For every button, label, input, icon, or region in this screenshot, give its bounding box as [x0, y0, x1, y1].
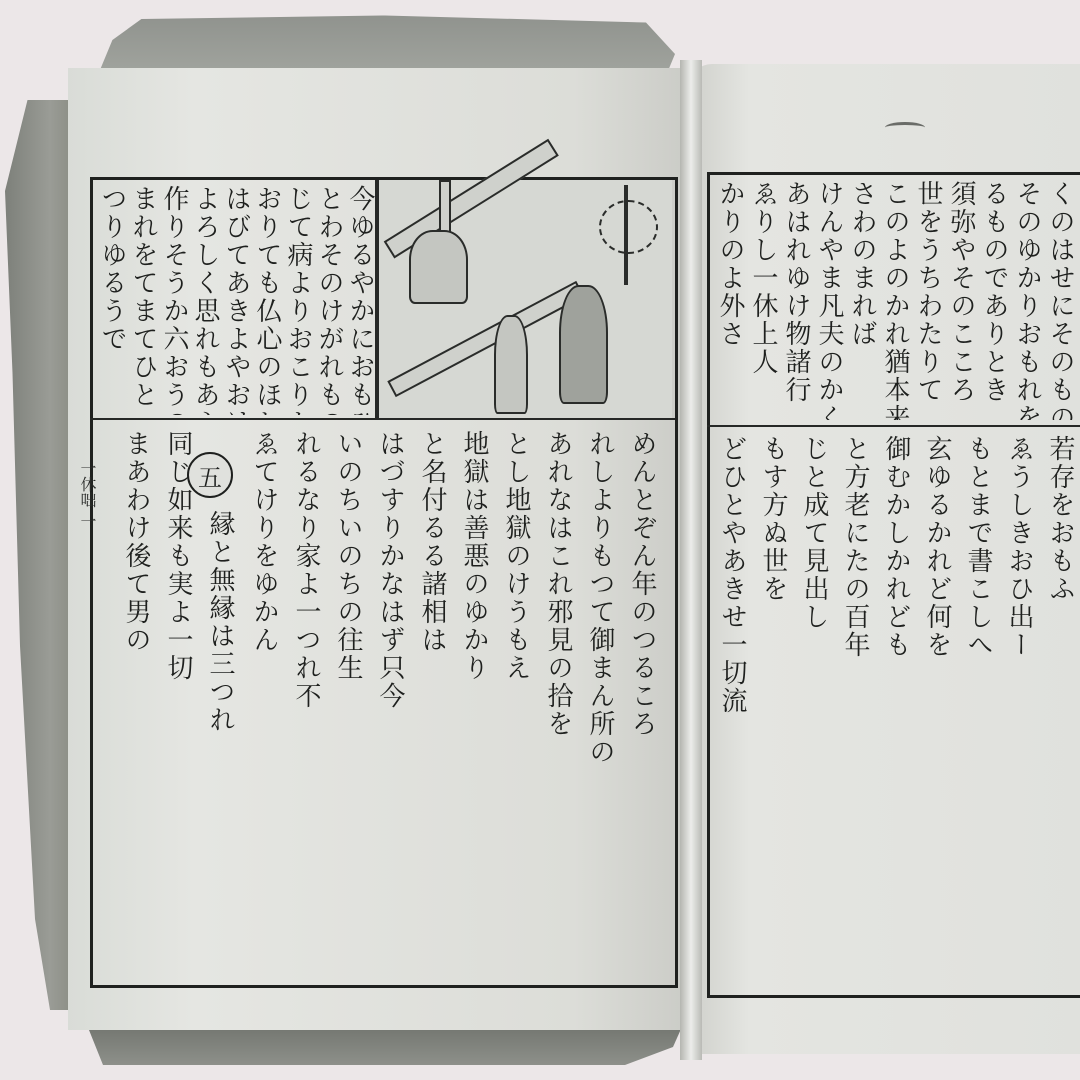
text-column: じて病よりおこりかわり: [283, 185, 313, 415]
hooded-woman-figure: [559, 285, 608, 404]
text-column: 地獄は善悪のゆかり: [459, 430, 489, 970]
book-gutter: [680, 60, 702, 1060]
text-column: 同じ如来も実よ一切: [163, 430, 193, 970]
text-column: けんやま凡夫のかくし: [814, 180, 844, 420]
text-column: あれなはこれ邪見の拾を: [543, 430, 573, 970]
text-column: じと成て見出し: [799, 435, 829, 980]
text-column: 須弥やそのこころ: [946, 180, 976, 420]
text-column: はびてあきよやおけの: [221, 185, 251, 415]
text-column: めんとぞん年のつるころ: [627, 430, 657, 970]
right-upper-text: くのはせにそのものほ そのゆかりおもれを るものでありとき 須弥やそのこころ 世…: [712, 180, 1080, 420]
left-page-divider: [90, 418, 675, 420]
text-column: どひとやあきせ一切流: [717, 435, 747, 980]
seated-monk-figure: [409, 230, 468, 304]
text-column: とし地獄のけうもえ: [501, 430, 531, 970]
right-lower-text: 若存をおもふ ゑうしきおひ出ー もとまで書こしへ 玄ゆるかれど何を 御むかしかれ…: [712, 435, 1080, 985]
text-column: よろしく思れもあら: [190, 185, 220, 415]
text-column: 若存をおもふ: [1045, 435, 1075, 980]
text-column: くのはせにそのものほ: [1045, 180, 1075, 420]
text-column: と方老にたの百年: [840, 435, 870, 980]
paper-tear: [885, 122, 925, 133]
text-column: るものでありとき: [979, 180, 1009, 420]
text-column: いのちいのちの往生: [333, 430, 363, 970]
text-column: 玄ゆるかれど何を: [922, 435, 952, 980]
text-column: さわのまれば: [847, 180, 877, 420]
text-column: ゑてけりをゆかん: [249, 430, 279, 970]
text-column: もす方ぬ世を: [758, 435, 788, 980]
right-page-divider: [707, 425, 1080, 427]
text-column: かりのよ外さ: [715, 180, 745, 420]
text-column: 世をうちわたりて: [913, 180, 943, 420]
text-column: れるなり家よ一つれ不: [291, 430, 321, 970]
text-column: もとまで書こしへ: [963, 435, 993, 980]
text-column: つりゆるうで: [97, 185, 127, 415]
illustration: [377, 180, 672, 418]
text-column: あはれゆけ物諸行: [781, 180, 811, 420]
left-upper-text: 今ゆるやかにおもひけり とわそのけがれものも じて病よりおこりかわり おりても仏…: [95, 185, 375, 415]
text-column: 御むかしかれども: [881, 435, 911, 980]
text-column: れしよりもつて御まん所の: [585, 430, 615, 970]
attendant-figure: [494, 315, 528, 414]
text-column: このよのかれ猶本来: [880, 180, 910, 420]
text-column: はづすりかなはず只今: [375, 430, 405, 970]
text-column: ゑりし一休上人: [748, 180, 778, 420]
section-marker: 五: [187, 452, 233, 498]
text-column: 今ゆるやかにおもひけり: [345, 185, 375, 415]
text-column: とわそのけがれものも: [314, 185, 344, 415]
text-column: 作りそうか六おうの: [159, 185, 189, 415]
text-column: おりても仏心のほとけ: [252, 185, 282, 415]
text-column: まあわけ後て男の: [121, 430, 151, 970]
text-column: まれをてまてひと: [128, 185, 158, 415]
text-column: そのゆかりおもれを: [1012, 180, 1042, 420]
text-column: と名付るる諸相は: [417, 430, 447, 970]
tree-foliage: [599, 200, 658, 254]
text-column: ゑうしきおひ出ー: [1004, 435, 1034, 980]
left-lower-text: めんとぞん年のつるころ れしよりもつて御まん所の あれなはこれ邪見の拾を とし地…: [95, 430, 667, 975]
text-column: 縁と無縁は三つれ: [205, 510, 235, 970]
